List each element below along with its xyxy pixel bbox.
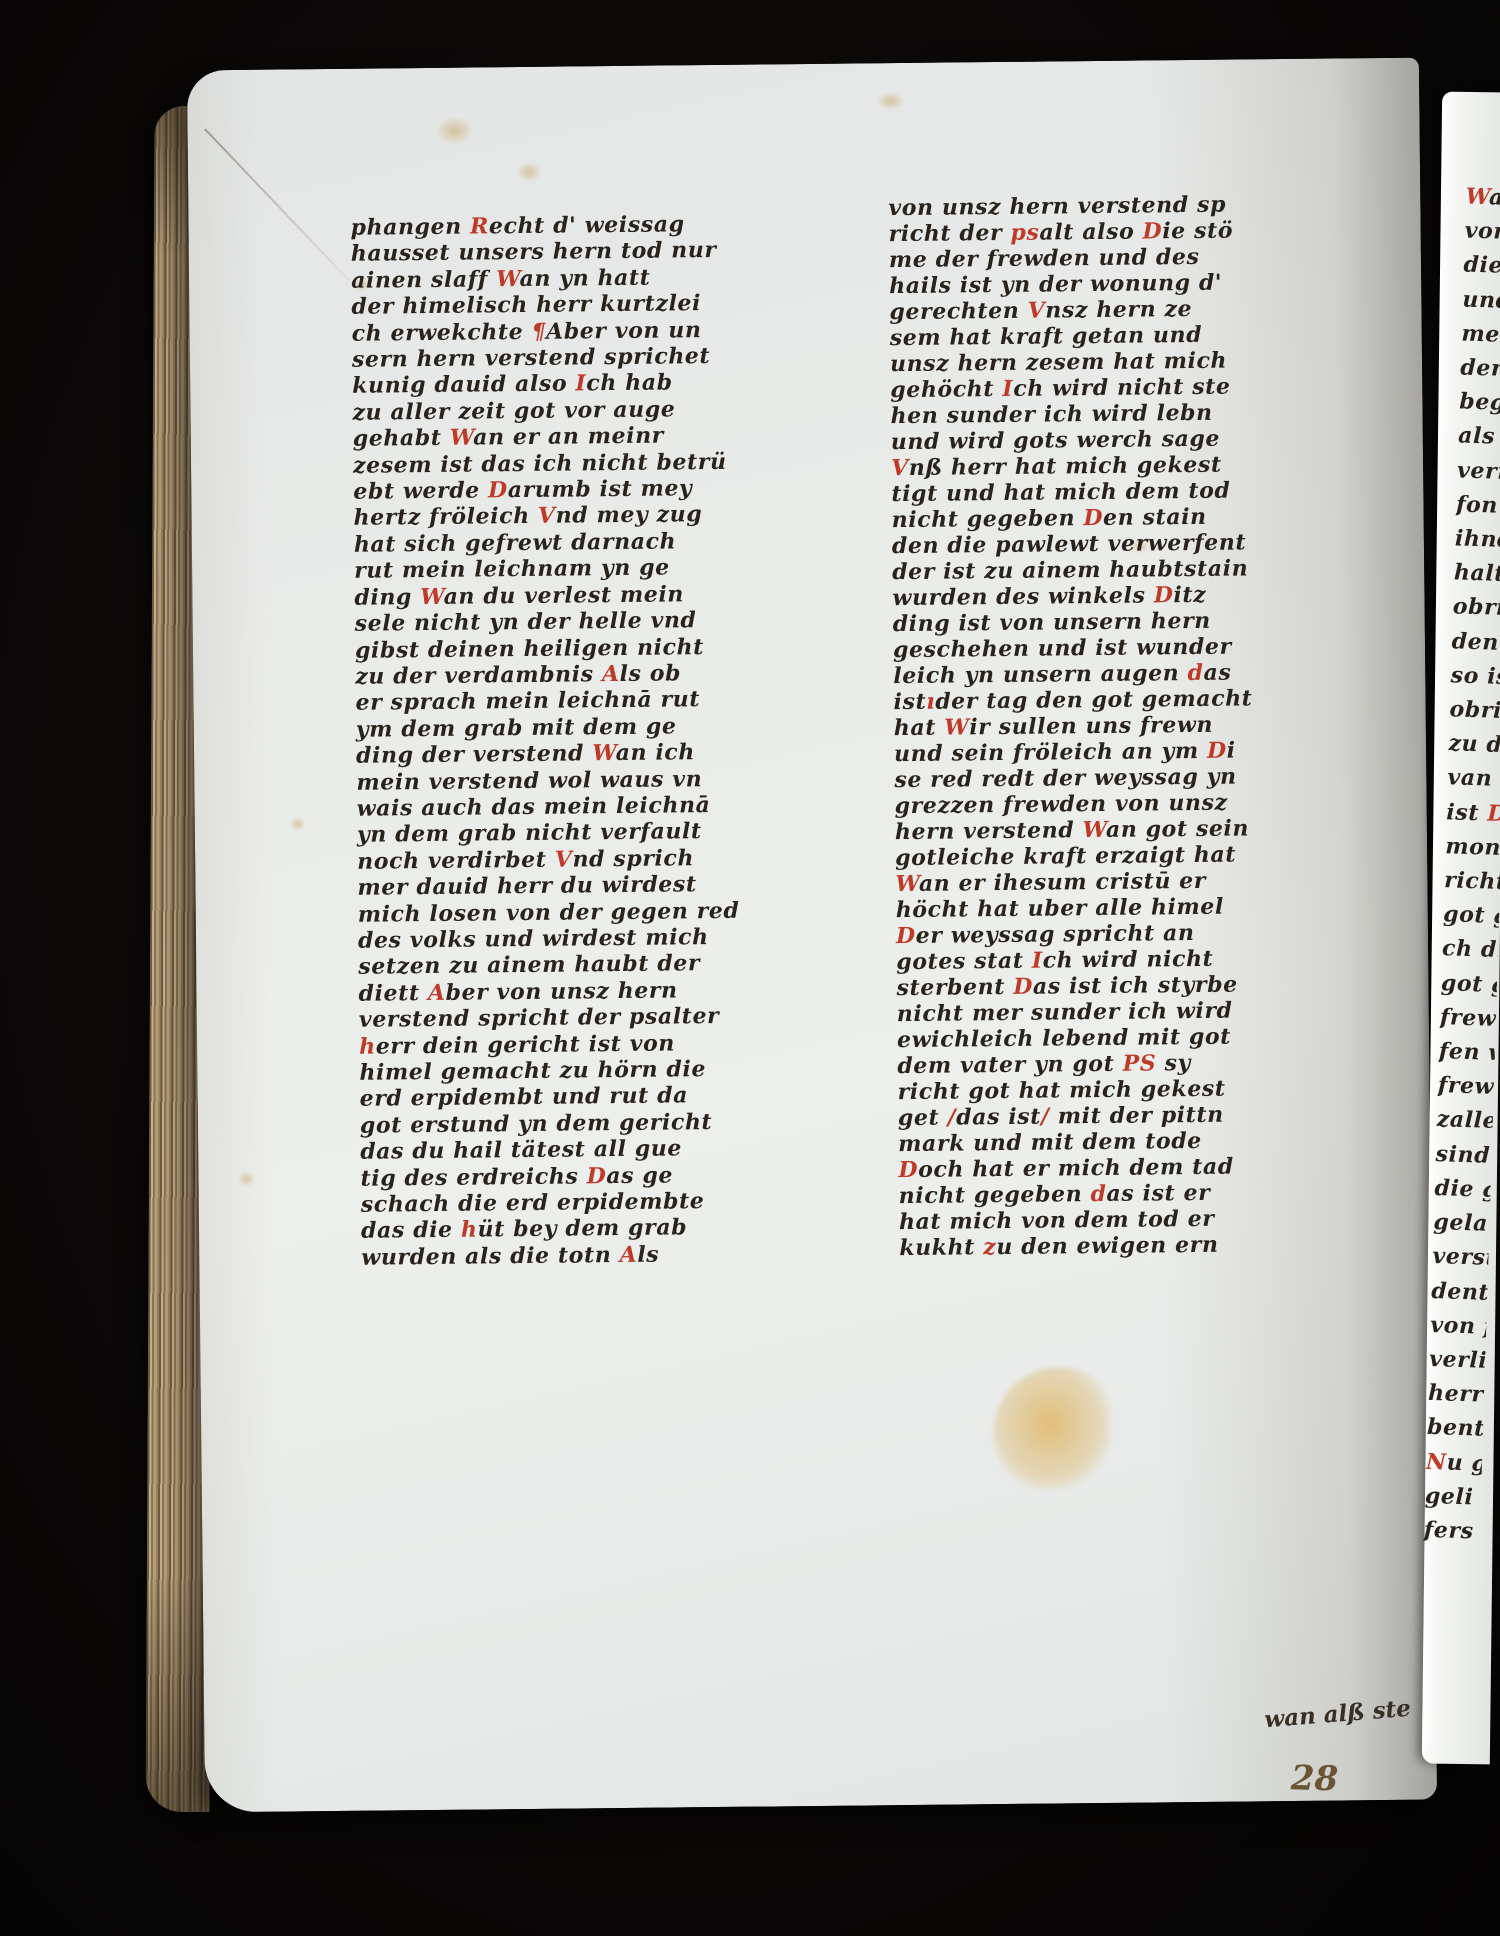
ink-text: wais auch das mein leichnā (357, 792, 711, 822)
ink-text: hertz fröleich (353, 503, 538, 531)
ink-text: erd erpidembt und rut da (360, 1083, 689, 1112)
rubric-mark: W (1082, 817, 1106, 843)
ink-text: as (1203, 660, 1231, 686)
rubric-mark: D (1142, 218, 1162, 244)
ink-text: Aber von un (546, 317, 702, 345)
text-line: gehabt Wan er an meinr (353, 422, 705, 452)
text-line: got erstund yn dem gericht (360, 1109, 712, 1139)
text-line: ch erwekchte ¶Aber von un (352, 317, 704, 347)
ink-text: von unsz hern verstend sp (888, 192, 1226, 222)
text-line: got ge (1443, 897, 1500, 933)
catchword: wan alß ste (1263, 1695, 1411, 1734)
text-column-left: phangen Recht d' weissaghausset unsers h… (350, 211, 713, 1271)
text-line: zu der verdambnis Als ob (355, 660, 707, 690)
rubric-mark: ı (926, 689, 935, 715)
ink-text: verste (1432, 1243, 1500, 1271)
ink-text: das die (361, 1217, 461, 1244)
ink-text: den w (1451, 628, 1500, 656)
rubric-mark: W (895, 871, 919, 897)
ink-text: sterbent (896, 974, 1013, 1001)
rubric-mark: h (359, 1033, 376, 1059)
rubric-mark: h (461, 1217, 478, 1243)
text-line: das die hüt bey dem grab (361, 1214, 713, 1244)
ink-text: zu do (1448, 731, 1500, 759)
text-line: rut mein leichnam yn ge (354, 554, 706, 584)
ink-text: ber von unsz hern (445, 977, 677, 1005)
ink-text: begaut (1459, 389, 1500, 418)
text-line: frewd (1439, 1000, 1496, 1036)
rubric-mark: D (1154, 582, 1174, 608)
ink-text: sy (1156, 1050, 1191, 1076)
ink-text: nicht mer sunder ich wird (897, 998, 1233, 1028)
ink-text: sem hat kraft getan und (890, 322, 1203, 351)
ink-text: zu der verdambnis (355, 661, 602, 690)
ink-text: mein verstend wol waus vn (356, 766, 702, 796)
text-line: ihnd (1454, 521, 1500, 557)
rubric-mark: D (896, 923, 916, 949)
ink-text: mer dauid herr du wirdest (357, 871, 697, 901)
rubric-mark: A (428, 980, 446, 1006)
rubric-mark: D (1013, 974, 1033, 1000)
ink-text: an ich (616, 739, 696, 766)
ink-text: ihnd (1455, 525, 1500, 553)
text-line: verstend spricht der psalter (359, 1003, 711, 1033)
ink-text: men (1461, 320, 1500, 348)
rubric-mark: z (983, 1234, 996, 1260)
text-line: er sprach mein leichnā rut (355, 686, 707, 716)
ink-text: ewichleich lebend mit got (897, 1024, 1231, 1053)
ink-text: ding ist von unsern hern (893, 608, 1211, 637)
text-line: der ist zu ainem haubtstain (892, 555, 1290, 585)
text-line: obrist (1452, 590, 1500, 626)
ink-text: den die pawlewt verwerfent (892, 529, 1247, 559)
ink-text: an got sein (1106, 815, 1249, 842)
ink-text: geli (1425, 1483, 1474, 1511)
text-line: ding Wan du verlest mein (354, 581, 706, 611)
ink-text: echt d' weissag (489, 211, 685, 239)
ink-text: me der frewden und des (889, 244, 1200, 273)
next-page-text-fragments: Wan dvon mdie mund almender mbegautals d… (1423, 180, 1500, 1549)
ink-text: höcht hat uber alle himel (896, 894, 1224, 923)
ink-text: sern hern verstend sprichet (352, 343, 711, 373)
text-line: moni (1445, 829, 1500, 865)
ink-text: arumb ist mey (508, 475, 693, 503)
text-line: als di (1458, 419, 1500, 455)
text-line: zesem ist das ich nicht betrü (353, 449, 705, 479)
ink-text: dem vater yn got (897, 1051, 1123, 1079)
ink-text: fers (1423, 1517, 1474, 1545)
ink-text: se red redt der weyssag yn (894, 764, 1237, 794)
rubric-mark: W (944, 714, 969, 740)
ink-text: obrist (1452, 594, 1500, 622)
ink-text: verm (1457, 457, 1500, 485)
text-line: fers (1423, 1513, 1480, 1549)
rubric-mark: PS (1123, 1050, 1157, 1076)
text-line: ym dem grab mit dem ge (356, 713, 708, 743)
ink-text: diett (358, 980, 428, 1007)
ink-text: als di (1458, 423, 1500, 451)
ink-text: gehöcht (890, 376, 1002, 403)
text-column-right: von unsz hern verstend spricht der psalt… (888, 191, 1297, 1261)
ink-text: ding der verstend (356, 740, 592, 768)
ink-text: und wird gots werch sage (891, 426, 1220, 455)
text-line: richt der psalt also Die stö (889, 217, 1287, 247)
ink-text: moni (1445, 833, 1500, 861)
text-line: ebt werde Darumb ist mey (353, 475, 705, 505)
text-line: ch die (1442, 932, 1499, 968)
ink-text: richt got hat mich gekest (898, 1076, 1226, 1105)
ink-text: hat mich von dem tod er (899, 1206, 1215, 1235)
text-line: begaut (1459, 385, 1500, 421)
ink-text: got g (1441, 970, 1500, 998)
ink-text: nß herr hat mich gekest (909, 452, 1222, 481)
stain (993, 1367, 1112, 1490)
foxing-spot (877, 93, 903, 109)
ink-text: ist (1446, 799, 1488, 826)
rubric-mark: A (619, 1242, 637, 1268)
ink-text: alt also (1039, 219, 1142, 246)
text-line: tig des erdreichs Das ge (360, 1162, 712, 1192)
ink-text: richt (1444, 867, 1500, 895)
ink-text: hen sunder ich wird lebn (890, 400, 1212, 429)
ink-text: an er ihesum cristū er (919, 868, 1206, 897)
ink-text: gotes stat (896, 948, 1032, 975)
ink-text: err dein gericht ist von (376, 1030, 675, 1059)
text-line: so ist (1450, 658, 1500, 694)
text-line: van (1447, 761, 1500, 797)
text-line: schach die erd erpidembte (361, 1188, 713, 1218)
text-line: obrist (1449, 692, 1500, 728)
rubric-mark: I (1032, 948, 1043, 974)
rubric-mark: V (555, 846, 573, 872)
ink-text: fen w (1438, 1038, 1500, 1066)
ink-text: as ge (606, 1162, 673, 1189)
ink-text: nsz hern ze (1045, 296, 1192, 324)
ink-text: ch die (1442, 936, 1500, 964)
ink-text: itz (1173, 582, 1206, 608)
rubric-mark: D (1487, 800, 1500, 827)
rubric-mark: W (450, 425, 474, 451)
rubric-mark: / (1041, 1104, 1050, 1130)
ink-text: ist (893, 689, 926, 715)
text-line: von f (1430, 1308, 1487, 1344)
rubric-mark: ¶ (531, 318, 546, 344)
ink-text: phangen (350, 214, 470, 241)
text-line: phangen Recht d' weissag (350, 211, 702, 241)
text-line: zallei (1436, 1103, 1493, 1139)
text-line: gibst deinen heiligen nicht (355, 634, 707, 664)
ink-text: ding (354, 584, 420, 611)
ink-text: schach die erd erpidembte (361, 1188, 705, 1218)
rubric-mark: D (898, 1157, 918, 1183)
text-line: tigt und hat mich dem tod (891, 477, 1289, 507)
text-line: von m (1464, 214, 1500, 250)
ink-text: as ist ich styrbe (1033, 972, 1238, 1000)
ink-text: ch erwekchte (352, 319, 532, 347)
text-line: wurden als die totn Als (361, 1241, 713, 1271)
ink-text: hails ist yn der wonung d' (889, 270, 1222, 299)
text-line: hausset unsers hern tod nur (351, 238, 703, 268)
text-line: geschehen und ist wunder (893, 633, 1291, 663)
text-line: sterbent Das ist ich styrbe (896, 971, 1294, 1001)
ink-text: ir sullen uns frewn (969, 712, 1213, 741)
ink-text: an d (1489, 184, 1500, 212)
text-line: der m (1460, 350, 1500, 386)
text-line: die m (1463, 248, 1500, 284)
ink-text: üt bey dem grab (477, 1215, 687, 1243)
photo-backdrop: phangen Recht d' weissaghausset unsers h… (0, 0, 1500, 1936)
text-line: halt A (1453, 556, 1500, 592)
ink-text: frewt (1437, 1072, 1500, 1100)
ink-text: frewd (1440, 1004, 1500, 1032)
ink-text: get (898, 1105, 948, 1132)
text-line: istıder tag den got gemacht (893, 685, 1291, 715)
ink-text: setzen zu ainem haubt der (358, 951, 700, 981)
ink-text: tig des erdreichs (360, 1163, 586, 1191)
text-line: ainen slaff Wan yn hatt (351, 264, 703, 294)
text-line: mer dauid herr du wirdest (357, 871, 709, 901)
text-line: ist D (1446, 795, 1500, 831)
text-line: der himelisch herr kurtzlei (351, 290, 703, 320)
text-line: und al (1462, 282, 1500, 318)
ink-text: och hat er mich dem tad (918, 1154, 1234, 1183)
ink-text: tigt und hat mich dem tod (891, 478, 1230, 508)
ink-text: geschehen und ist wunder (893, 634, 1232, 664)
ink-text: ebt werde (353, 477, 488, 504)
ink-text: rut mein leichnam yn ge (354, 555, 670, 584)
ink-text: und sein fröleich an ym (894, 738, 1207, 767)
text-line: gehöcht Ich wird nicht ste (890, 373, 1288, 403)
text-line: mich losen von der gegen red (358, 898, 710, 928)
ink-text: got erstund yn dem gericht (360, 1109, 713, 1139)
rubric-mark: D (1207, 738, 1227, 764)
text-line: hertz fröleich Vnd mey zug (353, 502, 705, 532)
text-line: wais auch das mein leichnā (357, 792, 709, 822)
text-line: die g (1434, 1171, 1491, 1207)
rubric-mark: W (592, 740, 616, 766)
text-line: zu aller zeit got vor auge (352, 396, 704, 426)
ink-text: wurden des winkels (892, 582, 1154, 611)
text-line: ding der verstend Wan ich (356, 739, 708, 769)
ink-text: gehabt (353, 425, 450, 452)
ink-text: mark und mit dem tode (898, 1128, 1202, 1157)
text-line: kukht zu den ewigen ern (899, 1231, 1297, 1261)
ink-text: nicht gegeben (899, 1181, 1091, 1209)
ink-text: herre (1428, 1380, 1499, 1408)
text-line: erd erpidembt und rut da (360, 1082, 712, 1112)
text-line: herre (1428, 1376, 1485, 1412)
text-line: yn dem grab nicht verfault (357, 818, 709, 848)
rubric-mark: ps (1010, 220, 1039, 246)
ink-text: hern verstend (895, 817, 1083, 845)
text-line: Nu g (1425, 1444, 1482, 1480)
rubric-mark: N (1426, 1448, 1448, 1475)
ink-text: ym dem grab mit dem ge (356, 713, 677, 742)
text-line: se red redt der weyssag yn (894, 763, 1292, 793)
text-line: dent (1431, 1273, 1488, 1309)
ink-text: kunig dauid also (352, 371, 575, 399)
rubric-mark: I (575, 371, 586, 397)
ink-text: as ist er (1106, 1180, 1210, 1207)
ink-text: er sprach mein leichnā rut (355, 686, 700, 716)
text-line: sele nicht yn der helle vnd (355, 607, 707, 637)
ink-text: noch verdirbet (357, 846, 555, 874)
ink-text: ch hab (586, 370, 673, 397)
text-line: des volks und wirdest mich (358, 924, 710, 954)
text-line: men (1461, 316, 1500, 352)
ink-text: gerechten (889, 298, 1027, 325)
ink-text: ainen slaff (351, 266, 496, 294)
ink-text: ls ob (619, 660, 681, 687)
text-line: Wan d (1465, 180, 1500, 216)
ink-text: u g (1446, 1449, 1488, 1476)
rubric-mark: W (1465, 184, 1489, 211)
text-line: frewt (1437, 1068, 1494, 1104)
text-line: sind m (1435, 1137, 1492, 1173)
rubric-mark: W (496, 266, 520, 292)
ink-text: der ist zu ainem haubtstain (892, 555, 1248, 585)
text-line: hat sich gefrewt darnach (354, 528, 706, 558)
ink-text: ch wird nicht ste (1013, 374, 1231, 402)
rubric-mark: A (602, 661, 620, 687)
text-line: himel gemacht zu hörn die (359, 1056, 711, 1086)
ink-text: hat (894, 715, 945, 742)
ink-text: nd mey zug (556, 502, 703, 530)
ink-text: der m (1460, 354, 1500, 382)
ink-text: nicht gegeben (892, 505, 1084, 533)
ink-text: ie stö (1162, 218, 1233, 245)
ink-text: an du verlest mein (443, 581, 684, 610)
text-line: zu do (1448, 727, 1500, 763)
text-line: verste (1432, 1239, 1489, 1275)
ink-text: die g (1434, 1175, 1499, 1203)
ink-text: zu aller zeit got vor auge (352, 396, 675, 425)
ink-text: so ist (1450, 662, 1500, 690)
ink-text: leich yn unsern augen (893, 660, 1188, 689)
ink-text: van (1447, 765, 1493, 792)
ink-text: gibst deinen heiligen nicht (355, 634, 704, 664)
ink-text: mich losen von der gegen red (358, 897, 740, 927)
ink-text: yn dem grab nicht verfault (357, 818, 702, 848)
rubric-mark: V (891, 455, 909, 481)
ink-text: got ge (1443, 901, 1500, 930)
ink-text: das ist (956, 1104, 1041, 1131)
ink-text: obrist (1449, 696, 1500, 724)
ink-text: und al (1462, 286, 1500, 315)
ink-text: u den ewigen ern (996, 1232, 1218, 1260)
ink-text: dent (1431, 1277, 1490, 1305)
rubric-mark: I (1002, 376, 1013, 402)
ink-text: zesem ist das ich nicht betrü (353, 449, 727, 479)
text-line: herr dein gericht ist von (359, 1030, 711, 1060)
rubric-mark: V (538, 503, 556, 529)
ink-text: bentig (1427, 1414, 1500, 1443)
ink-text: fon di (1456, 491, 1500, 519)
ink-text: himel gemacht zu hörn die (359, 1056, 706, 1086)
text-line: gelaub (1433, 1205, 1490, 1241)
rubric-mark: d (1090, 1181, 1106, 1207)
ink-text: i (1227, 738, 1236, 764)
ink-text: er weyssag spricht an (916, 920, 1195, 949)
text-line: das du hail tätest all gue (360, 1135, 712, 1165)
ink-text: von m (1464, 218, 1500, 246)
ink-text: ls (637, 1241, 659, 1267)
ink-text: zallei (1436, 1107, 1500, 1135)
ink-text: halt (1454, 560, 1500, 588)
ink-text: an er an meinr (473, 423, 664, 451)
page-number: 28 (1290, 1758, 1338, 1799)
text-line: gotleiche kraft erzaigt hat (895, 841, 1293, 871)
rubric-mark: D (1083, 505, 1103, 531)
text-line: den w (1451, 624, 1500, 660)
rubric-mark: R (470, 213, 489, 239)
ink-text: unsz hern zesem hat mich (890, 348, 1227, 378)
ink-text: hausset unsers hern tod nur (351, 237, 717, 267)
ink-text: die m (1463, 252, 1500, 280)
rubric-mark: D (587, 1163, 607, 1189)
ink-text: gelaub (1433, 1209, 1500, 1238)
ink-text: der himelisch herr kurtzlei (351, 290, 701, 320)
text-line: bentig (1427, 1410, 1484, 1446)
rubric-mark: V (1028, 298, 1046, 324)
ink-text: nd sprich (572, 845, 694, 872)
text-line: geli (1424, 1479, 1481, 1515)
ink-text: richt der (889, 220, 1011, 247)
corner-crease (204, 128, 350, 281)
ink-text: der tag den got gemacht (935, 685, 1253, 714)
ink-text: en stain (1103, 504, 1207, 531)
ink-text: des volks und wirdest mich (358, 924, 709, 954)
text-line: mein verstend wol waus vn (356, 766, 708, 796)
rubric-mark: d (1187, 660, 1203, 686)
text-line: got g (1440, 966, 1497, 1002)
foxing-spot (238, 1172, 254, 1186)
text-line: verlie (1429, 1342, 1486, 1378)
rubric-mark: W (420, 584, 444, 610)
ink-text: an yn hatt (519, 264, 650, 291)
ink-text: sele nicht yn der helle vnd (355, 607, 697, 637)
ink-text: ch wird nicht (1043, 946, 1214, 974)
text-line: fon di (1456, 487, 1500, 523)
ink-text: von f (1430, 1312, 1494, 1340)
ink-text: gotleiche kraft erzaigt hat (895, 842, 1236, 872)
text-line: verm (1457, 453, 1500, 489)
ink-text: wurden als die totn (361, 1242, 620, 1271)
foxing-spot (437, 118, 471, 144)
ink-text: verlie (1429, 1346, 1500, 1374)
text-line: setzen zu ainem haubt der (358, 950, 710, 980)
text-line: fen w (1438, 1034, 1495, 1070)
text-line: diett Aber von unsz hern (358, 977, 710, 1007)
foxing-spot (291, 817, 305, 830)
rubric-mark: D (488, 477, 508, 503)
left-page: phangen Recht d' weissaghausset unsers h… (187, 58, 1437, 1813)
ink-text: hat sich gefrewt darnach (354, 528, 677, 557)
ink-text: das du hail tätest all gue (360, 1136, 682, 1165)
ink-text: kukht (899, 1234, 983, 1261)
text-line: richt (1444, 863, 1500, 899)
ink-text: verstend spricht der psalter (359, 1003, 720, 1033)
ink-text: sind m (1435, 1141, 1500, 1170)
ink-text: mit der pittn (1049, 1102, 1223, 1130)
text-line: kunig dauid also Ich hab (352, 370, 704, 400)
text-line: sern hern verstend sprichet (352, 343, 704, 373)
foxing-spot (518, 163, 540, 181)
ink-text: grezzen frewden von unsz (895, 790, 1228, 819)
text-line: noch verdirbet Vnd sprich (357, 845, 709, 875)
